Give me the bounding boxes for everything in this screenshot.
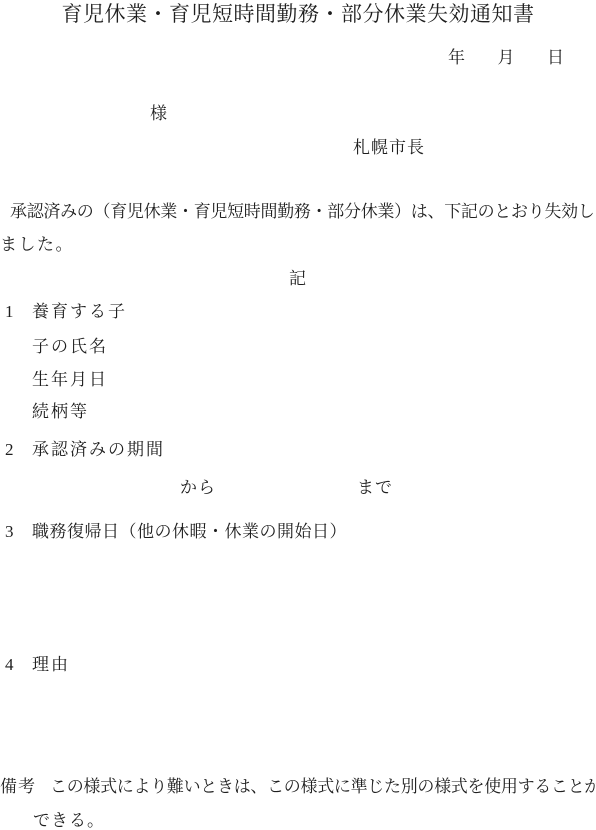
remarks-line-2: できる。 — [33, 812, 105, 829]
body-paragraph-line-2: ました。 — [0, 236, 74, 253]
body-paragraph-line-1: 承認済みの（育児休業・育児短時間勤務・部分休業）は、下記のとおり失効し — [10, 203, 595, 220]
date-day-label: 日 — [547, 49, 564, 66]
date-year-label: 年 — [448, 49, 465, 66]
record-heading: 記 — [0, 270, 596, 287]
document-page: 育児休業・育児短時間勤務・部分休業失効通知書 年 月 日 様 札幌市長 承認済み… — [0, 0, 596, 830]
issuer-name: 札幌市長 — [353, 139, 425, 156]
period-to-label: まで — [357, 479, 393, 496]
period-from-label: から — [180, 479, 216, 496]
date-line: 年 月 日 — [448, 49, 564, 66]
birthdate-label: 生年月日 — [32, 371, 108, 388]
remarks-label: 備考 — [0, 778, 36, 795]
item-2-number: 2 — [5, 441, 15, 458]
item-1-number: 1 — [5, 303, 15, 320]
document-title: 育児休業・育児短時間勤務・部分休業失効通知書 — [0, 4, 596, 25]
child-name-label: 子の氏名 — [32, 338, 108, 355]
item-1-label: 養育する子 — [32, 303, 127, 320]
date-month-label: 月 — [498, 49, 515, 66]
item-4-number: 4 — [5, 656, 15, 673]
relationship-label: 続柄等 — [32, 403, 89, 420]
item-4-label: 理由 — [32, 656, 70, 673]
item-3-number: 3 — [5, 523, 15, 540]
recipient-honorific: 様 — [150, 105, 169, 122]
remarks-line-1: この様式により難いときは、この様式に準じた別の様式を使用することが — [50, 778, 596, 795]
item-3-label: 職務復帰日（他の休暇・休業の開始日） — [32, 523, 347, 540]
item-2-label: 承認済みの期間 — [32, 441, 165, 458]
